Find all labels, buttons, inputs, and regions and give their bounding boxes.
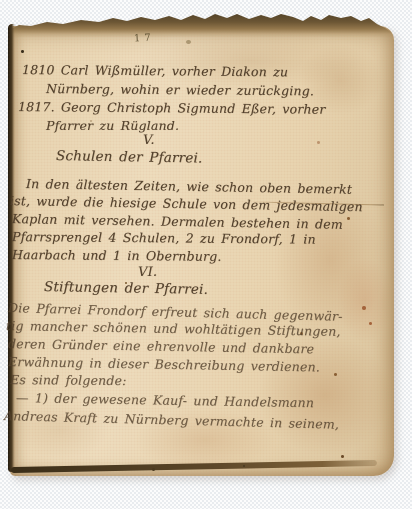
section-vi-body-line: deren Gründer eine ehrenvolle und dankba… <box>8 336 314 356</box>
section-v-title: Schulen der Pfarrei. <box>56 148 203 167</box>
section-vi-numeral: VI. <box>138 265 157 280</box>
section-vi-body-line: Erwähnung in dieser Beschreibung verdien… <box>8 354 320 374</box>
section-vi-title: Stiftungen der Pfarrei. <box>44 279 208 298</box>
entry-1817-line-2: Pfarrer zu Rügland. <box>46 118 179 133</box>
section-vi-body-line: — 1) der gewesene Kauf- und Handelsmann <box>16 390 314 410</box>
section-v-numeral: V. <box>143 133 155 148</box>
section-vi-body-line: Es sind folgende: <box>10 372 127 388</box>
entry-1817-line-1: 1817. Georg Christoph Sigmund Eßer, vorh… <box>18 99 326 117</box>
entry-1810-line-1: 1810 Carl Wißmüller, vorher Diakon zu <box>22 62 288 79</box>
section-v-body-line: Pfarrsprengel 4 Schulen, 2 zu Frondorf, … <box>12 229 316 247</box>
section-vi-body-line: Andreas Kraft zu Nürnberg vermachte in s… <box>4 408 339 432</box>
section-v-body-line: Haarbach und 1 in Obernburg. <box>12 247 222 264</box>
entry-1810-line-2: Nürnberg, wohin er wieder zurückging. <box>46 81 314 98</box>
scanned-manuscript-page: 17 1810 Carl Wißmüller, vorher Diakon zu… <box>0 0 412 509</box>
handwriting-layer: 1810 Carl Wißmüller, vorher Diakon zu Nü… <box>0 0 412 509</box>
